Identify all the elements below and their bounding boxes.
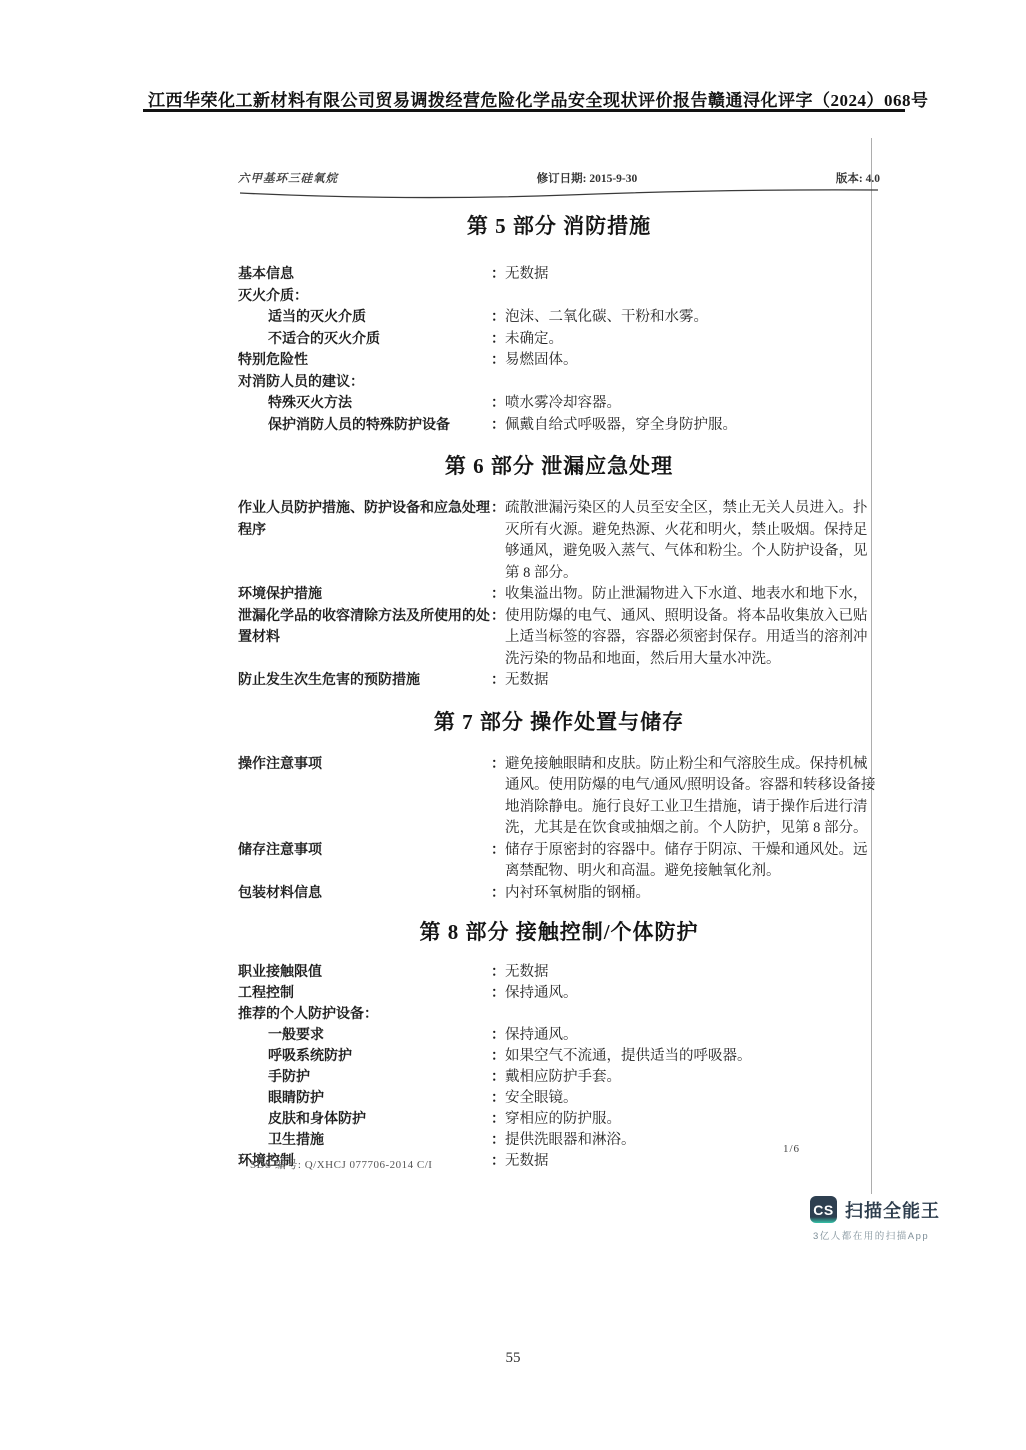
field-value: 无数据 (505, 1151, 880, 1172)
revision-date: 修订日期: 2015-9-30 (537, 170, 638, 186)
field-row: 适当的灭火介质 ： 泡沫、二氧化碳、干粉和水雾。 (238, 307, 880, 329)
field-row: 防止发生次生危害的预防措施 ： 无数据 (238, 670, 880, 692)
field-value: 安全眼镜。 (505, 1088, 880, 1109)
header-underline-curve (238, 188, 880, 200)
field-row: 皮肤和身体防护 ： 穿相应的防护服。 (238, 1109, 880, 1130)
field-row: 保护消防人员的特殊防护设备 ： 佩戴自给式呼吸器，穿全身防护服。 (238, 415, 880, 437)
colon-separator: ： (491, 1151, 505, 1172)
colon-separator: ： (491, 840, 505, 862)
field-label: 推荐的个人防护设备： (238, 1004, 491, 1025)
field-value: 未确定。 (505, 329, 880, 351)
field-label: 适当的灭火介质 (238, 307, 491, 329)
colon-separator: ： (491, 1088, 505, 1109)
field-row: 包装材料信息 ： 内衬环氧树脂的钢桶。 (238, 883, 880, 905)
section-5-rows: 基本信息 ： 无数据 灭火介质： 适当的灭火介质 ： 泡沫、二氧化碳、干粉和水雾… (238, 264, 880, 436)
field-value: 储存于原密封的容器中。储存于阴凉、干燥和通风处。远离禁配物、明火和高温。避免接触… (505, 840, 880, 883)
section-6-title: 第 6 部分 泄漏应急处理 (238, 450, 880, 480)
field-label: 眼睛防护 (238, 1088, 491, 1109)
field-row: 手防护 ： 戴相应防护手套。 (238, 1067, 880, 1088)
colon-separator: ： (491, 350, 505, 372)
field-row: 泄漏化学品的收容清除方法及所使用的处置材料 ： 使用防爆的电气、通风、照明设备。… (238, 606, 880, 671)
colon-separator: ： (491, 415, 505, 437)
colon-separator: ： (491, 883, 505, 905)
field-row: 工程控制 ： 保持通风。 (238, 983, 880, 1004)
report-header: 江西华荣化工新材料有限公司贸易调拨经营危险化学品安全现状评价报告 赣通浔化评字（… (148, 86, 898, 111)
report-title: 江西华荣化工新材料有限公司贸易调拨经营危险化学品安全现状评价报告 (148, 86, 708, 111)
field-label: 作业人员防护措施、防护设备和应急处理程序 (238, 498, 491, 541)
field-label: 呼吸系统防护 (238, 1046, 491, 1067)
section-8-title: 第 8 部分 接触控制/个体防护 (238, 916, 880, 946)
field-label: 特别危险性 (238, 350, 491, 372)
colon-separator: ： (491, 329, 505, 351)
field-value: 无数据 (505, 264, 880, 286)
field-row: 基本信息 ： 无数据 (238, 264, 880, 286)
colon-separator: ： (491, 307, 505, 329)
field-label: 操作注意事项 (238, 754, 491, 776)
field-label: 卫生措施 (238, 1130, 491, 1151)
field-value: 喷水雾冷却容器。 (505, 393, 880, 415)
section-5-title: 第 5 部分 消防措施 (238, 210, 880, 240)
field-label: 包装材料信息 (238, 883, 491, 905)
field-value: 穿相应的防护服。 (505, 1109, 880, 1130)
colon-separator: ： (491, 1130, 505, 1151)
field-value: 无数据 (505, 670, 880, 692)
version-label: 版本: 4.0 (836, 170, 880, 186)
field-label: 基本信息 (238, 264, 491, 286)
field-value: 提供洗眼器和淋浴。 (505, 1130, 880, 1151)
field-label: 职业接触限值 (238, 962, 491, 983)
field-label: 皮肤和身体防护 (238, 1109, 491, 1130)
field-row: 操作注意事项 ： 避免接触眼睛和皮肤。防止粉尘和气溶胶生成。保持机械通风。使用防… (238, 754, 880, 840)
field-row: 作业人员防护措施、防护设备和应急处理程序 ： 疏散泄漏污染区的人员至安全区，禁止… (238, 498, 880, 584)
header-divider (143, 109, 905, 112)
section-7-title: 第 7 部分 操作处置与储存 (238, 706, 880, 736)
chemical-name: 六甲基环三硅氧烷 (238, 170, 338, 186)
section-7-rows: 操作注意事项 ： 避免接触眼睛和皮肤。防止粉尘和气溶胶生成。保持机械通风。使用防… (238, 754, 880, 905)
field-value: 内衬环氧树脂的钢桶。 (505, 883, 880, 905)
field-label: 对消防人员的建议： (238, 372, 491, 394)
field-label: 防止发生次生危害的预防措施 (238, 670, 491, 692)
field-value: 使用防爆的电气、通风、照明设备。将本品收集放入已贴上适当标签的容器，容器必须密封… (505, 606, 880, 671)
field-row: 储存注意事项 ： 储存于原密封的容器中。储存于阴凉、干燥和通风处。远离禁配物、明… (238, 840, 880, 883)
colon-separator: ： (491, 670, 505, 692)
camscanner-logo-icon: CS (810, 1196, 837, 1223)
colon-separator: ： (491, 584, 505, 606)
camscanner-tagline: 3亿人都在用的扫描App (813, 1228, 960, 1242)
field-label: 特殊灭火方法 (238, 393, 491, 415)
colon-separator: ： (491, 754, 505, 776)
page-number: 55 (0, 1350, 1026, 1367)
field-row: 环境保护措施 ： 收集溢出物。防止泄漏物进入下水道、地表水和地下水， (238, 584, 880, 606)
colon-separator: ： (491, 1025, 505, 1046)
field-row: 特殊灭火方法 ： 喷水雾冷却容器。 (238, 393, 880, 415)
colon-separator: ： (491, 498, 505, 520)
field-value: 无数据 (505, 962, 880, 983)
field-label: 工程控制 (238, 983, 491, 1004)
field-value: 收集溢出物。防止泄漏物进入下水道、地表水和地下水， (505, 584, 880, 606)
section-6-rows: 作业人员防护措施、防护设备和应急处理程序 ： 疏散泄漏污染区的人员至安全区，禁止… (238, 498, 880, 692)
field-row: 对消防人员的建议： (238, 372, 880, 394)
colon-separator: ： (491, 606, 505, 628)
field-value: 保持通风。 (505, 1025, 880, 1046)
field-row: 特别危险性 ： 易燃固体。 (238, 350, 880, 372)
field-row: 眼睛防护 ： 安全眼镜。 (238, 1088, 880, 1109)
colon-separator: ： (491, 393, 505, 415)
field-value: 保持通风。 (505, 983, 880, 1004)
field-row: 职业接触限值 ： 无数据 (238, 962, 880, 983)
field-value: 戴相应防护手套。 (505, 1067, 880, 1088)
colon-separator: ： (491, 962, 505, 983)
colon-separator: ： (491, 264, 505, 286)
camscanner-app-name: 扫描全能王 (845, 1197, 940, 1223)
field-row: 灭火介质： (238, 286, 880, 308)
field-row: 不适合的灭火介质 ： 未确定。 (238, 329, 880, 351)
field-value: 泡沫、二氧化碳、干粉和水雾。 (505, 307, 880, 329)
field-label: 环境保护措施 (238, 584, 491, 606)
field-value: 如果空气不流通，提供适当的呼吸器。 (505, 1046, 880, 1067)
field-value: 避免接触眼睛和皮肤。防止粉尘和气溶胶生成。保持机械通风。使用防爆的电气/通风/照… (505, 754, 880, 840)
field-label: 保护消防人员的特殊防护设备 (238, 415, 491, 437)
report-doc-number: 赣通浔化评字（2024）068号 (708, 86, 929, 111)
section-8-rows: 职业接触限值 ： 无数据 工程控制 ： 保持通风。 推荐的个人防护设备： 一般要… (238, 962, 880, 1172)
field-row: 呼吸系统防护 ： 如果空气不流通，提供适当的呼吸器。 (238, 1046, 880, 1067)
field-label: 灭火介质： (238, 286, 491, 308)
field-label: 泄漏化学品的收容清除方法及所使用的处置材料 (238, 606, 491, 649)
field-value: 易燃固体。 (505, 350, 880, 372)
field-label: 手防护 (238, 1067, 491, 1088)
field-label: 一般要求 (238, 1025, 491, 1046)
colon-separator: ： (491, 983, 505, 1004)
colon-separator: ： (491, 1046, 505, 1067)
sds-document: 六甲基环三硅氧烷 修订日期: 2015-9-30 版本: 4.0 第 5 部分 … (238, 158, 880, 1172)
field-label: 不适合的灭火介质 (238, 329, 491, 351)
field-row: 推荐的个人防护设备： (238, 1004, 880, 1025)
colon-separator: ： (491, 1109, 505, 1130)
sds-page-indicator: 1/6 (783, 1143, 800, 1155)
field-value: 疏散泄漏污染区的人员至安全区，禁止无关人员进入。扑灭所有火源。避免热源、火花和明… (505, 498, 880, 584)
colon-separator: ： (491, 1067, 505, 1088)
camscanner-watermark: CS 扫描全能王 3亿人都在用的扫描App (810, 1196, 960, 1242)
field-value: 佩戴自给式呼吸器，穿全身防护服。 (505, 415, 880, 437)
sds-number: SDS 编号: Q/XHCJ 077706-2014 C/I (250, 1156, 432, 1172)
sds-page-header: 六甲基环三硅氧烷 修订日期: 2015-9-30 版本: 4.0 (238, 170, 880, 186)
field-label: 储存注意事项 (238, 840, 491, 862)
field-row: 一般要求 ： 保持通风。 (238, 1025, 880, 1046)
